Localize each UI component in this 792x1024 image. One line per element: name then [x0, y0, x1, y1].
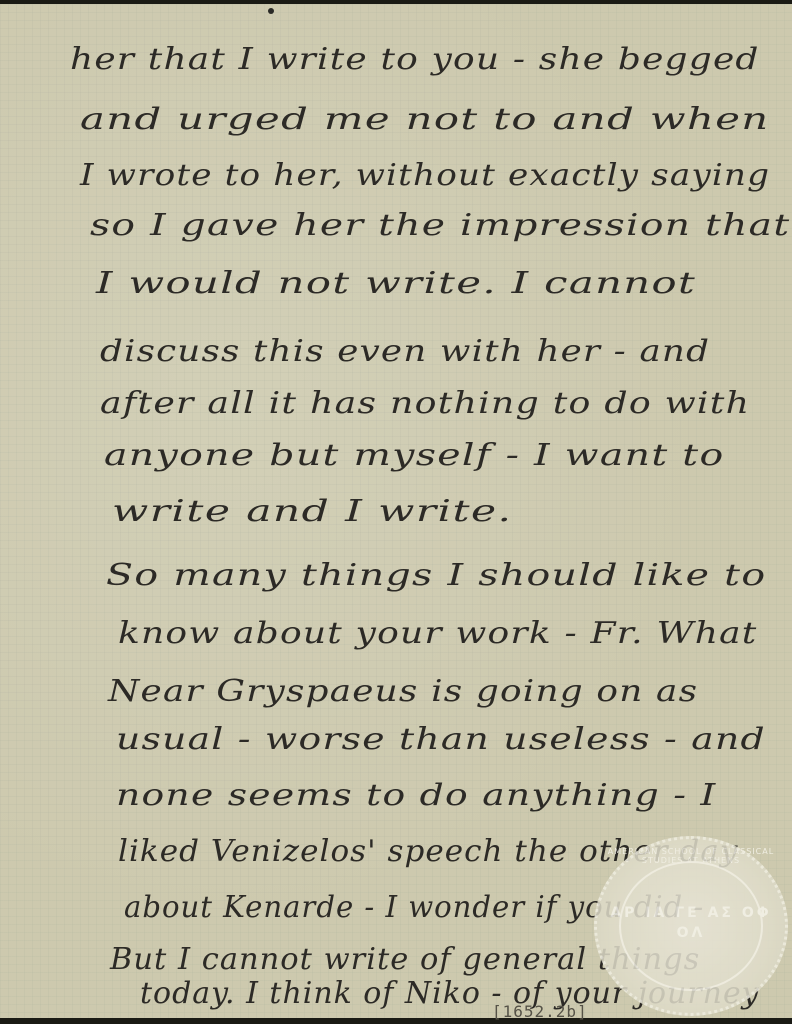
text-line-14: none seems to do anything - I: [116, 778, 717, 813]
text-line-7: after all it has nothing to do with: [100, 386, 750, 421]
text-line-3: I wrote to her, without exactly saying: [80, 158, 770, 193]
text-line-12: Near Gryspaeus is going on as: [108, 674, 698, 709]
text-line-4: so I gave her the impression that: [90, 208, 790, 243]
letter-page: her that I write to you - she begged and…: [0, 4, 792, 1018]
archive-reference: [1652.2b]: [492, 1002, 588, 1021]
seal-center-text: ΑΡ ΙΑ ΓΕ ΑΣ ΟΦ ΟΛ: [597, 903, 785, 943]
text-line-11: know about your work - Fr. What: [118, 616, 757, 651]
text-line-13: usual - worse than useless - and: [116, 722, 766, 757]
ink-dot: [268, 8, 274, 14]
text-line-10: So many things I should like to: [106, 558, 766, 593]
text-line-6: discuss this even with her - and: [100, 334, 710, 369]
institution-seal: AMERICAN SCHOOL OF CLASSICAL STUDIES AT …: [594, 836, 788, 1016]
text-line-5: I would not write. I cannot: [96, 266, 696, 301]
text-line-8: anyone but myself - I want to: [104, 438, 725, 473]
text-line-1: her that I write to you - she begged: [70, 42, 760, 77]
text-line-2: and urged me not to and when: [80, 102, 770, 137]
text-line-9: write and I write.: [112, 494, 512, 529]
